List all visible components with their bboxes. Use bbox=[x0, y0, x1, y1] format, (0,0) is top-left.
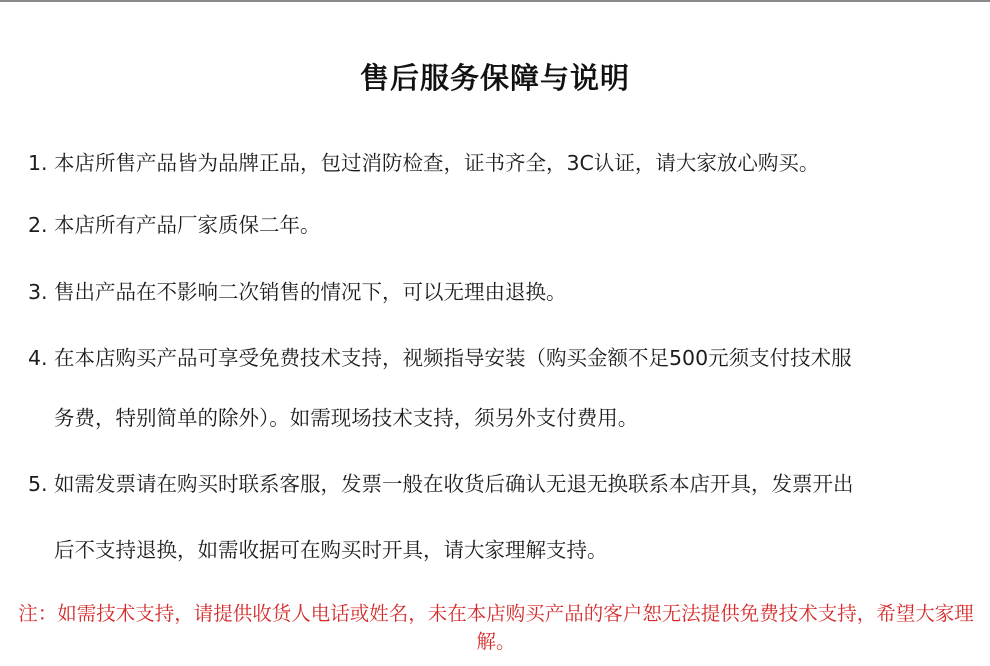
item-text: 本店所有产品厂家质保二年。 bbox=[54, 213, 321, 237]
document-title: 售后服务保障与说明 bbox=[0, 56, 990, 97]
item-number: 2. bbox=[28, 213, 54, 237]
item-text: 在本店购买产品可享受免费技术支持，视频指导安装（购买金额不足500元须支付技术服 bbox=[54, 346, 852, 370]
item-number: 5. bbox=[28, 472, 54, 496]
top-divider bbox=[0, 0, 990, 2]
list-item-3: 3.售出产品在不影响二次销售的情况下，可以无理由退换。 bbox=[28, 275, 567, 305]
item-text: 本店所售产品皆为品牌正品，包过消防检查，证书齐全，3C认证，请大家放心购买。 bbox=[54, 151, 819, 175]
list-item-5-continuation: 后不支持退换，如需收据可在购买时开具，请大家理解支持。 bbox=[54, 533, 608, 563]
list-item-4: 4.在本店购买产品可享受免费技术支持，视频指导安装（购买金额不足500元须支付技… bbox=[28, 341, 852, 371]
item-number: 3. bbox=[28, 280, 54, 304]
item-text: 如需发票请在购买时联系客服，发票一般在收货后确认无退无换联系本店开具，发票开出 bbox=[54, 472, 854, 496]
list-item-2: 2.本店所有产品厂家质保二年。 bbox=[28, 208, 321, 238]
item-number: 1. bbox=[28, 151, 54, 175]
list-item-4-continuation: 务费，特别简单的除外）。如需现场技术支持，须另外支付费用。 bbox=[54, 401, 638, 431]
list-item-1: 1.本店所售产品皆为品牌正品，包过消防检查，证书齐全，3C认证，请大家放心购买。 bbox=[28, 146, 819, 176]
item-number: 4. bbox=[28, 346, 54, 370]
list-item-5: 5.如需发票请在购买时联系客服，发票一般在收货后确认无退无换联系本店开具，发票开… bbox=[28, 467, 854, 497]
note-text: 注：如需技术支持，请提供收货人电话或姓名，未在本店购买产品的客户恕无法提供免费技… bbox=[6, 600, 986, 656]
item-text: 售出产品在不影响二次销售的情况下，可以无理由退换。 bbox=[54, 280, 567, 304]
